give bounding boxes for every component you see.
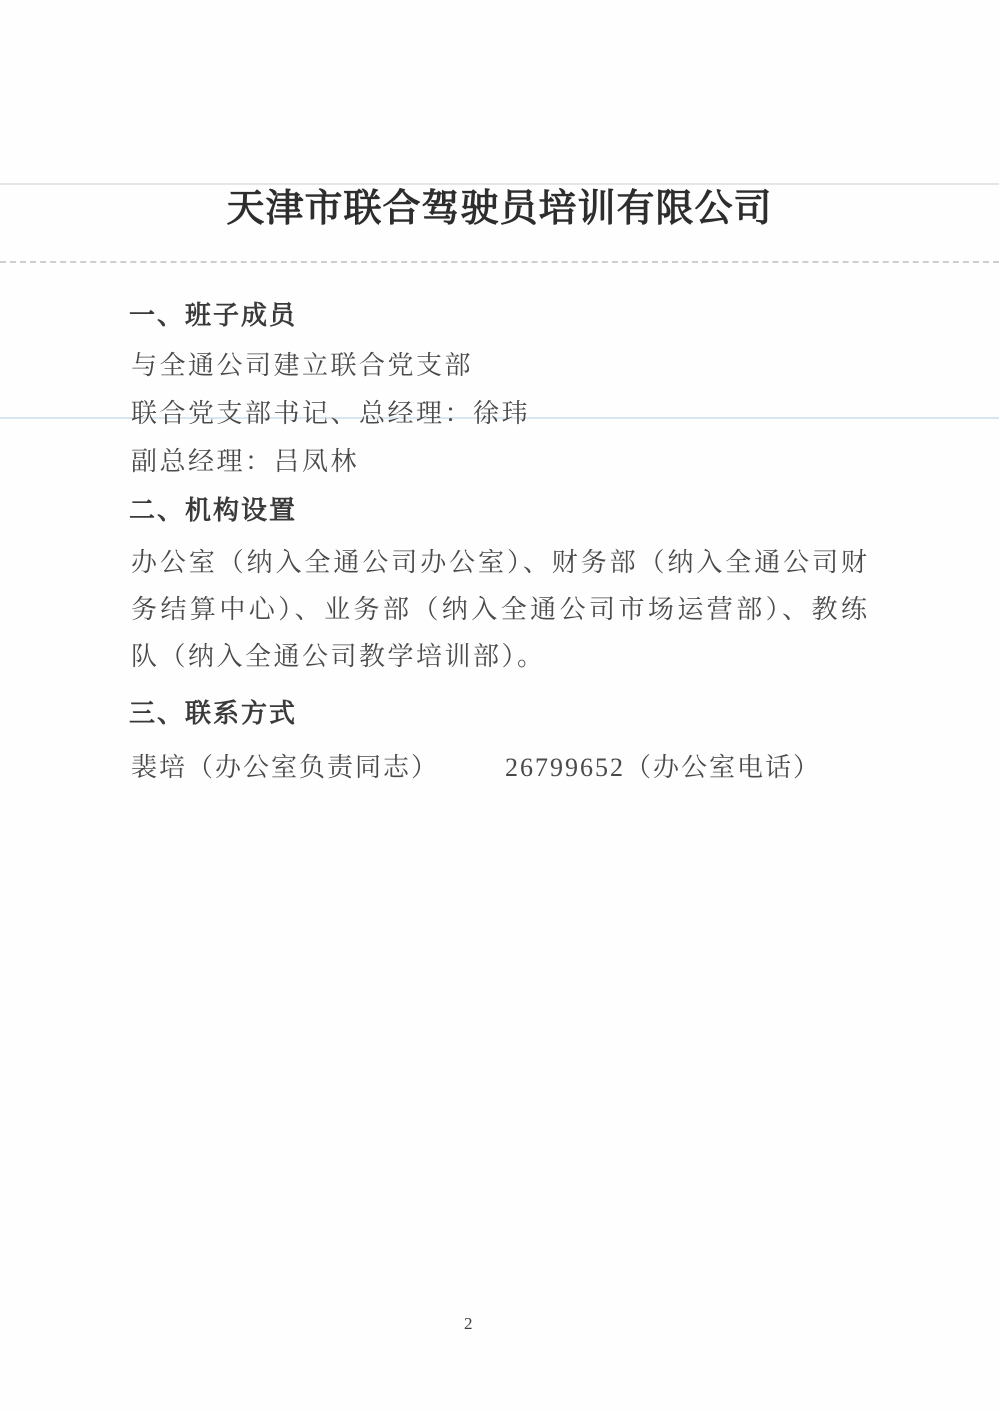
section-heading-organization: 二、机构设置 [129, 494, 865, 528]
scan-artifact-line [0, 183, 999, 185]
document-title: 天津市联合驾驶员培训有限公司 [0, 186, 999, 234]
team-members-line-party-branch: 与全通公司建立联合党支部 [131, 349, 867, 383]
organization-paragraph-line-2: 务结算中心）、业务部（纳入全通公司市场运营部）、教练 [131, 593, 867, 627]
scanned-document-page: 天津市联合驾驶员培训有限公司 一、班子成员 与全通公司建立联合党支部 联合党支部… [0, 0, 999, 1412]
contact-phone: 26799652（办公室电话） [505, 747, 821, 784]
organization-paragraph-line-1: 办公室（纳入全通公司办公室）、财务部（纳入全通公司财 [131, 546, 867, 580]
team-members-line-deputy-manager: 副总经理：吕凤林 [131, 445, 867, 479]
organization-paragraph-line-3: 队（纳入全通公司教学培训部）。 [131, 640, 867, 674]
team-members-line-general-manager: 联合党支部书记、总经理：徐玮 [131, 397, 867, 431]
scan-artifact-dashed-line [0, 261, 999, 263]
section-heading-team-members: 一、班子成员 [129, 299, 865, 333]
section-heading-contact: 三、联系方式 [129, 697, 865, 731]
page-number: 2 [464, 1314, 473, 1334]
contact-person: 裴培（办公室负责同志） [131, 747, 439, 784]
